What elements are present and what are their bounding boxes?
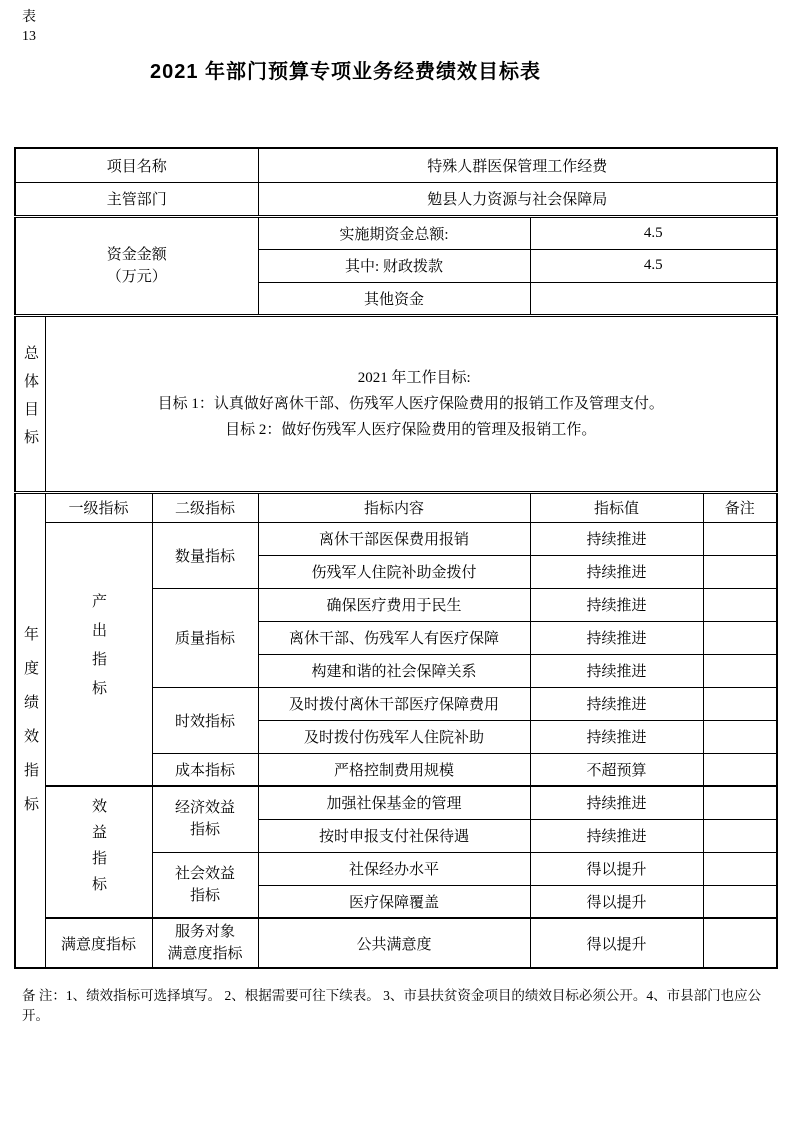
indicator-header-row: 年度绩效指标 一级指标 二级指标 指标内容 指标值 备注 <box>15 492 777 522</box>
indicator-value: 持续推进 <box>530 588 703 621</box>
level2-quantity: 数量指标 <box>152 522 258 588</box>
indicator-content: 医疗保障覆盖 <box>258 885 530 918</box>
indicator-content: 严格控制费用规模 <box>258 753 530 786</box>
footnote: 备 注：1、绩效指标可选择填写。 2、根据需要可往下续表。 3、市县扶贫资金项目… <box>22 984 782 1024</box>
indicator-content: 确保医疗费用于民生 <box>258 588 530 621</box>
indicator-value: 持续推进 <box>530 522 703 555</box>
indicator-content: 及时拨付伤残军人住院补助 <box>258 720 530 753</box>
indicator-remark <box>703 786 777 819</box>
indicator-content: 社保经办水平 <box>258 852 530 885</box>
indicator-value: 持续推进 <box>530 621 703 654</box>
indicator-content: 加强社保基金的管理 <box>258 786 530 819</box>
funding-amount-label: 资金金额 （万元） <box>15 216 258 315</box>
indicator-content: 离休干部医保费用报销 <box>258 522 530 555</box>
funding-fiscal-label: 其中: 财政拨款 <box>258 249 530 282</box>
indicator-value: 得以提升 <box>530 918 703 968</box>
budget-performance-table: 项目名称 特殊人群医保管理工作经费 主管部门 勉县人力资源与社会保障局 资金金额… <box>14 147 778 969</box>
level2-social: 社会效益 指标 <box>152 852 258 918</box>
header-level1: 一级指标 <box>45 492 152 522</box>
indicator-remark <box>703 852 777 885</box>
table-number: 表 13 <box>22 8 36 46</box>
overall-goal-row: 总体目标 2021 年工作目标: 目标 1：认真做好离休干部、伤残军人医疗保险费… <box>15 315 777 492</box>
project-name-value: 特殊人群医保管理工作经费 <box>258 148 777 182</box>
indicator-value: 得以提升 <box>530 885 703 918</box>
indicator-value: 持续推进 <box>530 819 703 852</box>
funding-other-value <box>530 282 777 315</box>
funding-total-value: 4.5 <box>530 216 777 249</box>
header-remark: 备注 <box>703 492 777 522</box>
header-content: 指标内容 <box>258 492 530 522</box>
funding-other-label: 其他资金 <box>258 282 530 315</box>
indicator-remark <box>703 687 777 720</box>
department-value: 勉县人力资源与社会保障局 <box>258 182 777 216</box>
project-name-label: 项目名称 <box>15 148 258 182</box>
indicator-remark <box>703 588 777 621</box>
indicator-value: 持续推进 <box>530 687 703 720</box>
indicator-remark <box>703 654 777 687</box>
level2-cost: 成本指标 <box>152 753 258 786</box>
funding-total-label: 实施期资金总额: <box>258 216 530 249</box>
department-row: 主管部门 勉县人力资源与社会保障局 <box>15 182 777 216</box>
indicator-content: 离休干部、伤残军人有医疗保障 <box>258 621 530 654</box>
goal-heading: 2021 年工作目标: <box>50 365 773 391</box>
indicator-content: 伤残军人住院补助金拨付 <box>258 555 530 588</box>
indicator-content: 构建和谐的社会保障关系 <box>258 654 530 687</box>
indicator-remark <box>703 522 777 555</box>
indicator-remark <box>703 555 777 588</box>
indicator-remark <box>703 720 777 753</box>
indicator-row: 满意度指标 服务对象 满意度指标 公共满意度 得以提升 <box>15 918 777 968</box>
goal-2: 目标 2：做好伤残军人医疗保险费用的管理及报销工作。 <box>50 417 773 443</box>
indicator-value: 得以提升 <box>530 852 703 885</box>
level1-output: 产出指标 <box>45 522 152 786</box>
level2-economic: 经济效益 指标 <box>152 786 258 852</box>
overall-goal-side-label: 总体目标 <box>15 315 45 492</box>
indicator-value: 持续推进 <box>530 720 703 753</box>
indicator-value: 不超预算 <box>530 753 703 786</box>
funding-fiscal-value: 4.5 <box>530 249 777 282</box>
indicator-value: 持续推进 <box>530 786 703 819</box>
indicator-row: 产出指标 数量指标 离休干部医保费用报销 持续推进 <box>15 522 777 555</box>
page-title: 2021 年部门预算专项业务经费绩效目标表 <box>150 55 541 84</box>
indicator-content: 公共满意度 <box>258 918 530 968</box>
overall-goal-content: 2021 年工作目标: 目标 1：认真做好离休干部、伤残军人医疗保险费用的报销工… <box>45 315 777 492</box>
indicator-content: 按时申报支付社保待遇 <box>258 819 530 852</box>
level2-quality: 质量指标 <box>152 588 258 687</box>
indicator-value: 持续推进 <box>530 555 703 588</box>
indicator-value: 持续推进 <box>530 654 703 687</box>
indicator-remark <box>703 819 777 852</box>
annual-indicators-side-label: 年度绩效指标 <box>15 492 45 968</box>
indicator-remark <box>703 753 777 786</box>
header-value: 指标值 <box>530 492 703 522</box>
goal-1: 目标 1：认真做好离休干部、伤残军人医疗保险费用的报销工作及管理支付。 <box>50 391 773 417</box>
indicator-remark <box>703 885 777 918</box>
funding-total-row: 资金金额 （万元） 实施期资金总额: 4.5 <box>15 216 777 249</box>
indicator-row: 效益指标 经济效益 指标 加强社保基金的管理 持续推进 <box>15 786 777 819</box>
header-level2: 二级指标 <box>152 492 258 522</box>
indicator-remark <box>703 621 777 654</box>
indicator-content: 及时拨付离休干部医疗保障费用 <box>258 687 530 720</box>
project-name-row: 项目名称 特殊人群医保管理工作经费 <box>15 148 777 182</box>
indicator-remark <box>703 918 777 968</box>
level2-timeliness: 时效指标 <box>152 687 258 753</box>
level1-benefit: 效益指标 <box>45 786 152 918</box>
level2-service-target: 服务对象 满意度指标 <box>152 918 258 968</box>
department-label: 主管部门 <box>15 182 258 216</box>
level1-satisfaction: 满意度指标 <box>45 918 152 968</box>
